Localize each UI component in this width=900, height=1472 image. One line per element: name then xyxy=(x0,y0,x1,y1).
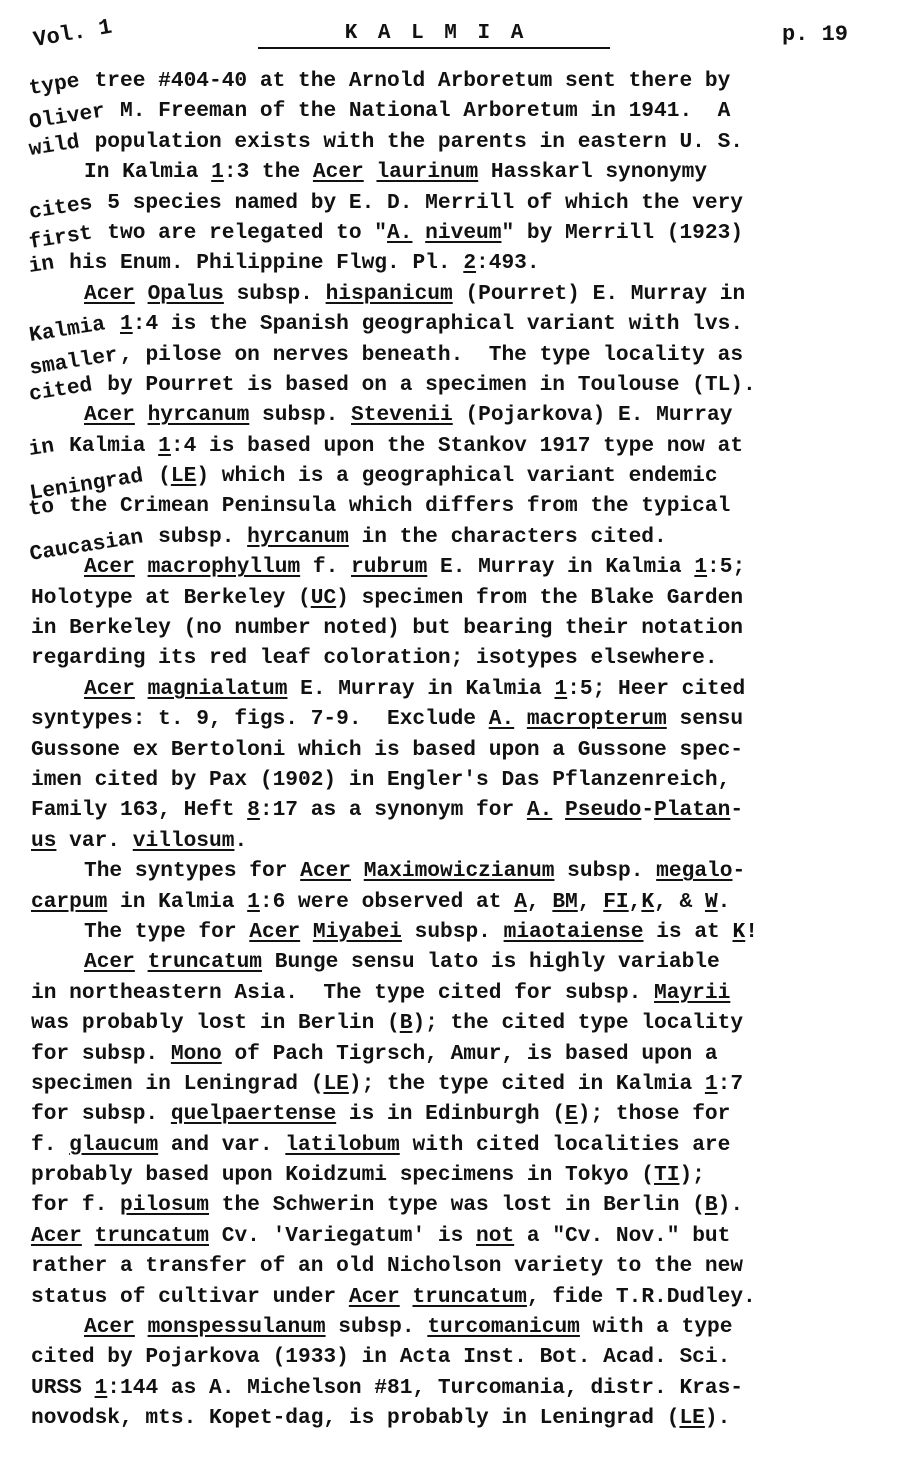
underlined-term: K xyxy=(733,920,746,944)
underlined-term: us xyxy=(31,829,56,853)
underlined-term: Acer xyxy=(349,1285,400,1309)
underlined-term: Acer xyxy=(84,555,135,579)
underlined-term: turcomanicum xyxy=(427,1315,580,1339)
text-span: (Pourret) E. Murray in xyxy=(453,282,745,306)
underlined-term: laurinum xyxy=(376,160,478,184)
text-span: - xyxy=(730,798,743,822)
text-line: novodsk, mts. Kopet-dag, is probably in … xyxy=(31,1403,871,1433)
text-line: In Kalmia 1:3 the Acer laurinum Hasskarl… xyxy=(31,157,871,187)
underlined-term: Pseudo xyxy=(565,798,641,822)
text-line: first two are relegated to "A. niveum" b… xyxy=(31,218,871,248)
text-span: URSS xyxy=(31,1376,95,1400)
text-span xyxy=(351,859,364,883)
text-span xyxy=(135,677,148,701)
text-line: for f. pilosum the Schwerin type was los… xyxy=(31,1190,871,1220)
underlined-term: Acer xyxy=(84,403,135,427)
underlined-term: 1 xyxy=(705,1072,718,1096)
text-line: syntypes: t. 9, figs. 7-9. Exclude A. ma… xyxy=(31,704,871,734)
text-line: cited by Pojarkova (1933) in Acta Inst. … xyxy=(31,1342,871,1372)
underlined-term: Acer xyxy=(300,859,351,883)
text-span xyxy=(514,707,527,731)
underlined-term: hyrcanum xyxy=(148,403,250,427)
text-span: cited by Pojarkova (1933) in Acta Inst. … xyxy=(31,1345,730,1369)
underlined-term: A. xyxy=(489,707,514,731)
text-span xyxy=(107,312,120,336)
underlined-term: 1 xyxy=(694,555,707,579)
text-span: The type for xyxy=(84,920,249,944)
underlined-term: hispanicum xyxy=(326,282,453,306)
text-span: for subsp. xyxy=(31,1042,171,1066)
text-line: rather a transfer of an old Nicholson va… xyxy=(31,1251,871,1281)
underlined-term: LE xyxy=(679,1406,704,1430)
underlined-term: Mono xyxy=(171,1042,222,1066)
text-line: cited by Pourret is based on a specimen … xyxy=(31,370,871,400)
text-line: Acer monspessulanum subsp. turcomanicum … xyxy=(31,1312,871,1342)
text-span: :17 as a synonym for xyxy=(260,798,527,822)
text-span: :4 is the Spanish geographical variant w… xyxy=(133,312,743,336)
text-span: novodsk, mts. Kopet-dag, is probably in … xyxy=(31,1406,679,1430)
text-span: ( xyxy=(145,464,170,488)
underlined-term: BM xyxy=(552,890,577,914)
text-line: for subsp. Mono of Pach Tigrsch, Amur, i… xyxy=(31,1039,871,1069)
text-span xyxy=(135,1315,148,1339)
underlined-term: macrophyllum xyxy=(148,555,301,579)
text-span: regarding its red leaf coloration; isoty… xyxy=(31,646,718,670)
underlined-term: glaucum xyxy=(69,1133,158,1157)
text-span: , & xyxy=(654,890,705,914)
text-span: :6 were observed at xyxy=(260,890,514,914)
text-line: imen cited by Pax (1902) in Engler's Das… xyxy=(31,765,871,795)
text-span: subsp. xyxy=(326,1315,428,1339)
text-span xyxy=(412,221,425,245)
text-span: in Kalmia xyxy=(107,890,247,914)
text-span xyxy=(135,282,148,306)
text-span: Bunge sensu lato is highly variable xyxy=(262,950,720,974)
text-line: to the Crimean Peninsula which differs f… xyxy=(31,491,871,521)
text-span: is in Edinburgh ( xyxy=(336,1102,565,1126)
text-span: , xyxy=(629,890,642,914)
underlined-term: Acer xyxy=(31,1224,82,1248)
text-span: status of cultivar under xyxy=(31,1285,349,1309)
text-line: The type for Acer Miyabei subsp. miaotai… xyxy=(31,917,871,947)
text-span: f. xyxy=(31,1133,69,1157)
underlined-term: B xyxy=(705,1193,718,1217)
text-span: :7 xyxy=(718,1072,743,1096)
page-number: p. 19 xyxy=(782,22,848,47)
text-span: for f. xyxy=(31,1193,120,1217)
underlined-term: A. xyxy=(527,798,552,822)
underlined-term: Acer xyxy=(84,677,135,701)
document-page: Vol. 1 K A L M I A p. 19 type tree #404-… xyxy=(0,0,900,1472)
underlined-term: magnialatum xyxy=(148,677,288,701)
text-span: - xyxy=(732,859,745,883)
text-span xyxy=(82,1224,95,1248)
text-span xyxy=(400,1285,413,1309)
underlined-term: B xyxy=(400,1011,413,1035)
text-span: for subsp. xyxy=(31,1102,171,1126)
text-span: ) specimen from the Blake Garden xyxy=(336,586,743,610)
text-line: Oliver M. Freeman of the National Arbore… xyxy=(31,96,871,126)
text-span xyxy=(364,160,377,184)
underlined-term: villosum xyxy=(133,829,235,853)
text-line: in his Enum. Philippine Flwg. Pl. 2:493. xyxy=(31,248,871,278)
text-span xyxy=(135,950,148,974)
text-line: carpum in Kalmia 1:6 were observed at A,… xyxy=(31,887,871,917)
text-line: Acer truncatum Cv. 'Variegatum' is not a… xyxy=(31,1221,871,1251)
text-span: f. xyxy=(300,555,351,579)
text-line: Acer macrophyllum f. rubrum E. Murray in… xyxy=(31,552,871,582)
text-span: E. Murray in Kalmia xyxy=(427,555,694,579)
text-span: of Pach Tigrsch, Amur, is based upon a xyxy=(222,1042,718,1066)
underlined-term: not xyxy=(476,1224,514,1248)
text-span: sensu xyxy=(667,707,743,731)
text-span: syntypes: t. 9, figs. 7-9. Exclude xyxy=(31,707,489,731)
text-span: in the characters cited. xyxy=(349,525,667,549)
underlined-term: K xyxy=(641,890,654,914)
text-span: was probably lost in Berlin ( xyxy=(31,1011,400,1035)
text-line: Acer Opalus subsp. hispanicum (Pourret) … xyxy=(31,279,871,309)
text-span: ! xyxy=(745,920,758,944)
text-span: E. Murray in Kalmia xyxy=(287,677,554,701)
text-line: Caucasian subsp. hyrcanum in the charact… xyxy=(31,522,871,552)
underlined-term: LE xyxy=(323,1072,348,1096)
underlined-term: TI xyxy=(654,1163,679,1187)
text-span: the Schwerin type was lost in Berlin ( xyxy=(209,1193,705,1217)
text-span: ); the type cited in Kalmia xyxy=(349,1072,705,1096)
text-span: ) which is a geographical variant endemi… xyxy=(196,464,717,488)
underlined-term: truncatum xyxy=(148,950,262,974)
text-line: f. glaucum and var. latilobum with cited… xyxy=(31,1130,871,1160)
text-span xyxy=(135,403,148,427)
text-span: :5; xyxy=(707,555,745,579)
text-span: the Crimean Peninsula which differs from… xyxy=(56,494,730,518)
underlined-term: macropterum xyxy=(527,707,667,731)
text-span: In Kalmia xyxy=(84,160,211,184)
text-span: var. xyxy=(56,829,132,853)
underlined-term: A xyxy=(514,890,527,914)
underlined-term: 1 xyxy=(211,160,224,184)
text-span: Cv. 'Variegatum' is xyxy=(209,1224,476,1248)
underlined-term: UC xyxy=(311,586,336,610)
underlined-term: rubrum xyxy=(351,555,427,579)
underlined-term: Miyabei xyxy=(313,920,402,944)
text-span xyxy=(300,920,313,944)
text-line: smaller, pilose on nerves beneath. The t… xyxy=(31,340,871,370)
text-line: probably based upon Koidzumi specimens i… xyxy=(31,1160,871,1190)
text-span: Gussone ex Bertoloni which is based upon… xyxy=(31,738,743,762)
text-span: , pilose on nerves beneath. The type loc… xyxy=(120,343,743,367)
text-line: in Kalmia 1:4 is based upon the Stankov … xyxy=(31,431,871,461)
text-span: ); the cited type locality xyxy=(412,1011,743,1035)
text-line: in northeastern Asia. The type cited for… xyxy=(31,978,871,1008)
text-line: was probably lost in Berlin (B); the cit… xyxy=(31,1008,871,1038)
underlined-term: W xyxy=(705,890,718,914)
underlined-term: truncatum xyxy=(412,1285,526,1309)
text-span: " by Merrill (1923) xyxy=(501,221,743,245)
text-span: , xyxy=(527,890,552,914)
underlined-term: carpum xyxy=(31,890,107,914)
text-line: wild population exists with the parents … xyxy=(31,127,871,157)
underlined-term: Stevenii xyxy=(351,403,453,427)
underlined-term: 1 xyxy=(247,890,260,914)
text-span: . xyxy=(718,890,731,914)
text-span: tree #404-40 at the Arnold Arboretum sen… xyxy=(82,69,730,93)
text-span xyxy=(135,555,148,579)
text-line: cites 5 species named by E. D. Merrill o… xyxy=(31,188,871,218)
text-line: us var. villosum. xyxy=(31,826,871,856)
text-line: Gussone ex Bertoloni which is based upon… xyxy=(31,735,871,765)
text-line: Leningrad (LE) which is a geographical v… xyxy=(31,461,871,491)
underlined-term: 2 xyxy=(463,251,476,275)
text-line: Acer hyrcanum subsp. Stevenii (Pojarkova… xyxy=(31,400,871,430)
text-span: Hasskarl synonymy xyxy=(478,160,707,184)
text-span: a "Cv. Nov." but xyxy=(514,1224,730,1248)
text-line: Holotype at Berkeley (UC) specimen from … xyxy=(31,583,871,613)
text-line: Family 163, Heft 8:17 as a synonym for A… xyxy=(31,795,871,825)
underlined-term: A. xyxy=(387,221,412,245)
text-span: :3 the xyxy=(224,160,313,184)
skewed-word: in xyxy=(27,431,57,465)
text-span: in Berkeley (no number noted) but bearin… xyxy=(31,616,743,640)
text-span: two are relegated to " xyxy=(95,221,387,245)
text-span: specimen in Leningrad ( xyxy=(31,1072,323,1096)
underlined-term: miaotaiense xyxy=(504,920,644,944)
text-line: specimen in Leningrad (LE); the type cit… xyxy=(31,1069,871,1099)
underlined-term: niveum xyxy=(425,221,501,245)
text-span: Family 163, Heft xyxy=(31,798,247,822)
text-span: The syntypes for xyxy=(84,859,300,883)
text-span: subsp. xyxy=(224,282,326,306)
text-span: - xyxy=(641,798,654,822)
text-span xyxy=(552,798,565,822)
text-span: in northeastern Asia. The type cited for… xyxy=(31,981,654,1005)
underlined-term: hyrcanum xyxy=(247,525,349,549)
text-span: population exists with the parents in ea… xyxy=(82,130,743,154)
underlined-term: LE xyxy=(171,464,196,488)
underlined-term: Maximowiczianum xyxy=(364,859,555,883)
text-span: subsp. xyxy=(554,859,656,883)
text-span: his Enum. Philippine Flwg. Pl. xyxy=(56,251,463,275)
text-line: status of cultivar under Acer truncatum,… xyxy=(31,1282,871,1312)
text-line: The syntypes for Acer Maximowiczianum su… xyxy=(31,856,871,886)
underlined-term: Acer xyxy=(84,1315,135,1339)
text-span: :493. xyxy=(476,251,540,275)
underlined-term: Mayrii xyxy=(654,981,730,1005)
underlined-term: Acer xyxy=(313,160,364,184)
underlined-term: 8 xyxy=(247,798,260,822)
text-span: and var. xyxy=(158,1133,285,1157)
text-line: Acer truncatum Bunge sensu lato is highl… xyxy=(31,947,871,977)
text-span: ). xyxy=(718,1193,743,1217)
underlined-term: pilosum xyxy=(120,1193,209,1217)
underlined-term: Acer xyxy=(84,282,135,306)
text-span: by Pourret is based on a specimen in Tou… xyxy=(95,373,756,397)
text-span: is at xyxy=(643,920,732,944)
text-span: imen cited by Pax (1902) in Engler's Das… xyxy=(31,768,730,792)
underlined-term: Acer xyxy=(249,920,300,944)
skewed-word: to xyxy=(27,492,57,526)
text-span: subsp. xyxy=(145,525,247,549)
text-span: :4 is based upon the Stankov 1917 type n… xyxy=(171,434,743,458)
underlined-term: latilobum xyxy=(285,1133,399,1157)
text-span: ). xyxy=(705,1406,730,1430)
journal-title: K A L M I A xyxy=(258,22,610,49)
underlined-term: quelpaertense xyxy=(171,1102,336,1126)
underlined-term: megalo xyxy=(656,859,732,883)
text-span: :5; Heer cited xyxy=(567,677,745,701)
text-span: ); xyxy=(679,1163,704,1187)
volume-label: Vol. 1 xyxy=(32,15,114,53)
text-line: Acer magnialatum E. Murray in Kalmia 1:5… xyxy=(31,674,871,704)
text-span: ); those for xyxy=(578,1102,731,1126)
underlined-term: Platan xyxy=(654,798,730,822)
underlined-term: 1 xyxy=(95,1376,108,1400)
text-span: . xyxy=(234,829,247,853)
text-span: M. Freeman of the National Arboretum in … xyxy=(107,99,730,123)
text-span: (Pojarkova) E. Murray xyxy=(453,403,733,427)
underlined-term: 1 xyxy=(554,677,567,701)
text-span: probably based upon Koidzumi specimens i… xyxy=(31,1163,654,1187)
text-span: subsp. xyxy=(249,403,351,427)
text-line: in Berkeley (no number noted) but bearin… xyxy=(31,613,871,643)
text-line: for subsp. quelpaertense is in Edinburgh… xyxy=(31,1099,871,1129)
text-line: regarding its red leaf coloration; isoty… xyxy=(31,643,871,673)
underlined-term: truncatum xyxy=(95,1224,209,1248)
text-line: URSS 1:144 as A. Michelson #81, Turcoman… xyxy=(31,1373,871,1403)
page-header: Vol. 1 K A L M I A p. 19 xyxy=(0,18,900,58)
underlined-term: FI xyxy=(603,890,628,914)
text-span: , xyxy=(578,890,603,914)
text-span: Holotype at Berkeley ( xyxy=(31,586,311,610)
text-span: subsp. xyxy=(402,920,504,944)
underlined-term: monspessulanum xyxy=(148,1315,326,1339)
text-span: , fide T.R.Dudley. xyxy=(527,1285,756,1309)
text-span: 5 species named by E. D. Merrill of whic… xyxy=(95,191,743,215)
underlined-term: 1 xyxy=(158,434,171,458)
text-line: type tree #404-40 at the Arnold Arboretu… xyxy=(31,66,871,96)
text-span: with cited localities are xyxy=(400,1133,731,1157)
text-span: with a type xyxy=(580,1315,733,1339)
text-span: :144 as A. Michelson #81, Turcomania, di… xyxy=(107,1376,743,1400)
body-text: type tree #404-40 at the Arnold Arboretu… xyxy=(31,66,871,1434)
underlined-term: Acer xyxy=(84,950,135,974)
text-span: Kalmia xyxy=(56,434,158,458)
text-span: rather a transfer of an old Nicholson va… xyxy=(31,1254,743,1278)
underlined-term: E xyxy=(565,1102,578,1126)
text-line: Kalmia 1:4 is the Spanish geographical v… xyxy=(31,309,871,339)
skewed-word: in xyxy=(27,249,57,283)
underlined-term: Opalus xyxy=(148,282,224,306)
underlined-term: 1 xyxy=(120,312,133,336)
